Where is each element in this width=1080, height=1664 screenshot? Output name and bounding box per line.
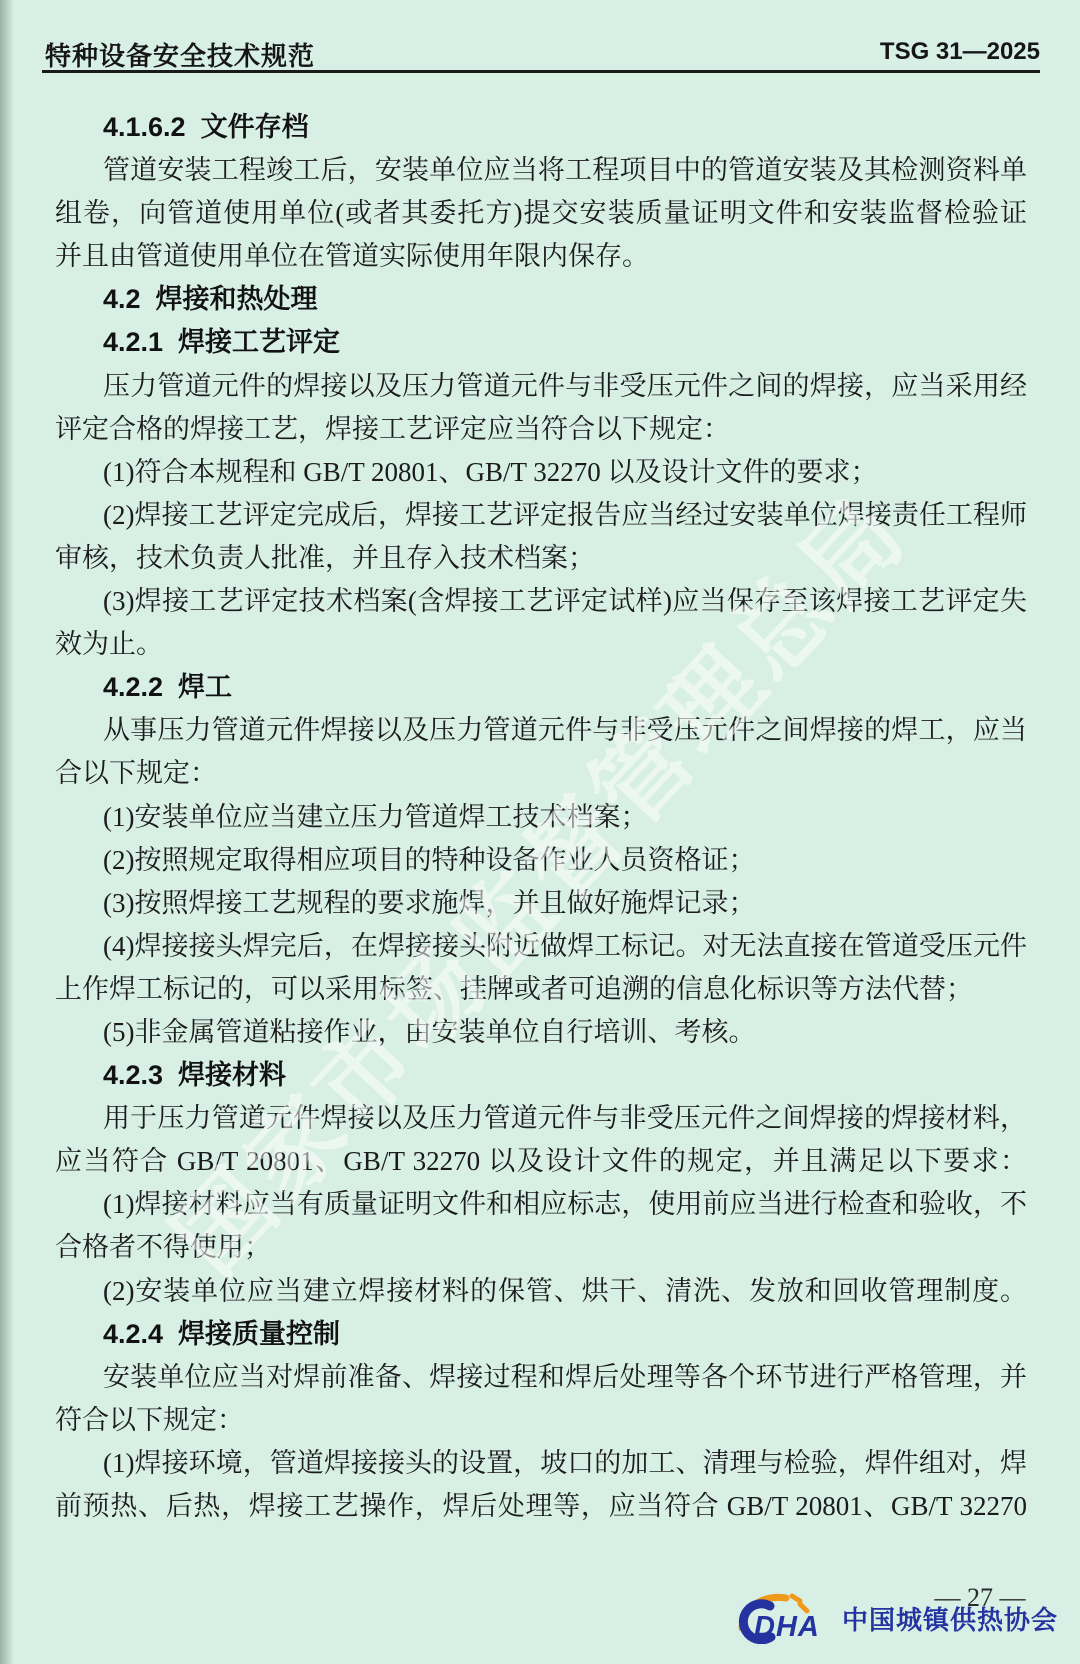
text-line: 并且由管道使用单位在管道实际使用年限内保存。 xyxy=(55,235,1027,278)
text-line: (3)按照焊接工艺规程的要求施焊，并且做好施焊记录； xyxy=(55,882,1027,925)
text-line: 上作焊工标记的，可以采用标签、挂牌或者可追溯的信息化标识等方法代替； xyxy=(55,968,1027,1011)
page-number: — 27 — xyxy=(900,1583,1060,1613)
text-line: (1)符合本规程和 GB/T 20801、GB/T 32270 以及设计文件的要… xyxy=(55,451,1027,494)
text-line: (1)焊接材料应当有质量证明文件和相应标志，使用前应当进行检查和验收，不 xyxy=(55,1183,1027,1226)
text-line: 用于压力管道元件焊接以及压力管道元件与非受压元件之间焊接的焊接材料， xyxy=(55,1097,1027,1140)
page-edge-shadow xyxy=(0,0,14,1664)
text-line: 管道安装工程竣工后，安装单位应当将工程项目中的管道安装及其检测资料单独 xyxy=(55,149,1027,192)
text-line: 前预热、后热，焊接工艺操作，焊后处理等，应当符合 GB/T 20801、GB/T… xyxy=(55,1485,1027,1528)
section-heading: 4.2.4 焊接质量控制 xyxy=(55,1313,1027,1356)
text-line: (1)安装单位应当建立压力管道焊工技术档案； xyxy=(55,796,1027,839)
header-rule xyxy=(42,70,1040,73)
text-line: (4)焊接接头焊完后，在焊接接头附近做焊工标记。对无法直接在管道受压元件 xyxy=(55,925,1027,968)
text-line: 合以下规定： xyxy=(55,752,1027,795)
section-heading: 4.1.6.2 文件存档 xyxy=(55,106,1027,149)
section-heading: 4.2.3 焊接材料 xyxy=(55,1054,1027,1097)
text-line: (2)焊接工艺评定完成后，焊接工艺评定报告应当经过安装单位焊接责任工程师 xyxy=(55,494,1027,537)
text-line: 合格者不得使用； xyxy=(55,1226,1027,1269)
section-heading: 4.2 焊接和热处理 xyxy=(55,278,1027,321)
text-line: 安装单位应当对焊前准备、焊接过程和焊后处理等各个环节进行严格管理，并且 xyxy=(55,1356,1027,1399)
text-line: (1)焊接环境，管道焊接接头的设置，坡口的加工、清理与检验，焊件组对，焊 xyxy=(55,1442,1027,1485)
section-heading: 4.2.1 焊接工艺评定 xyxy=(55,321,1027,364)
scanned-document-page: 特种设备安全技术规范 TSG 31—2025 4.1.6.2 文件存档管道安装工… xyxy=(0,0,1080,1664)
text-line: 压力管道元件的焊接以及压力管道元件与非受压元件之间的焊接，应当采用经过 xyxy=(55,365,1027,408)
text-line: 审核，技术负责人批准，并且存入技术档案； xyxy=(55,537,1027,580)
text-line: 从事压力管道元件焊接以及压力管道元件与非受压元件之间焊接的焊工，应当符 xyxy=(55,709,1027,752)
text-line: (3)焊接工艺评定技术档案(含焊接工艺评定试样)应当保存至该焊接工艺评定失 xyxy=(55,580,1027,623)
text-line: 符合以下规定： xyxy=(55,1399,1027,1442)
header-document-code: TSG 31—2025 xyxy=(880,38,1040,66)
document-lines: 4.1.6.2 文件存档管道安装工程竣工后，安装单位应当将工程项目中的管道安装及… xyxy=(55,106,1027,1528)
section-heading: 4.2.2 焊工 xyxy=(55,666,1027,709)
dha-logo-text: DHA xyxy=(754,1611,820,1643)
dha-logo-icon: DHA xyxy=(734,1592,834,1644)
text-line: 评定合格的焊接工艺，焊接工艺评定应当符合以下规定： xyxy=(55,408,1027,451)
text-line: 应当符合 GB/T 20801、GB/T 32270 以及设计文件的规定，并且满… xyxy=(55,1140,1027,1183)
header-title: 特种设备安全技术规范 xyxy=(45,36,315,73)
text-line: (5)非金属管道粘接作业，由安装单位自行培训、考核。 xyxy=(55,1011,1027,1054)
text-line: (2)安装单位应当建立焊接材料的保管、烘干、清洗、发放和回收管理制度。 xyxy=(55,1270,1027,1313)
text-line: 效为止。 xyxy=(55,623,1027,666)
text-line: (2)按照规定取得相应项目的特种设备作业人员资格证； xyxy=(55,839,1027,882)
text-line: 组卷，向管道使用单位(或者其委托方)提交安装质量证明文件和安装监督检验证书， xyxy=(55,192,1027,235)
